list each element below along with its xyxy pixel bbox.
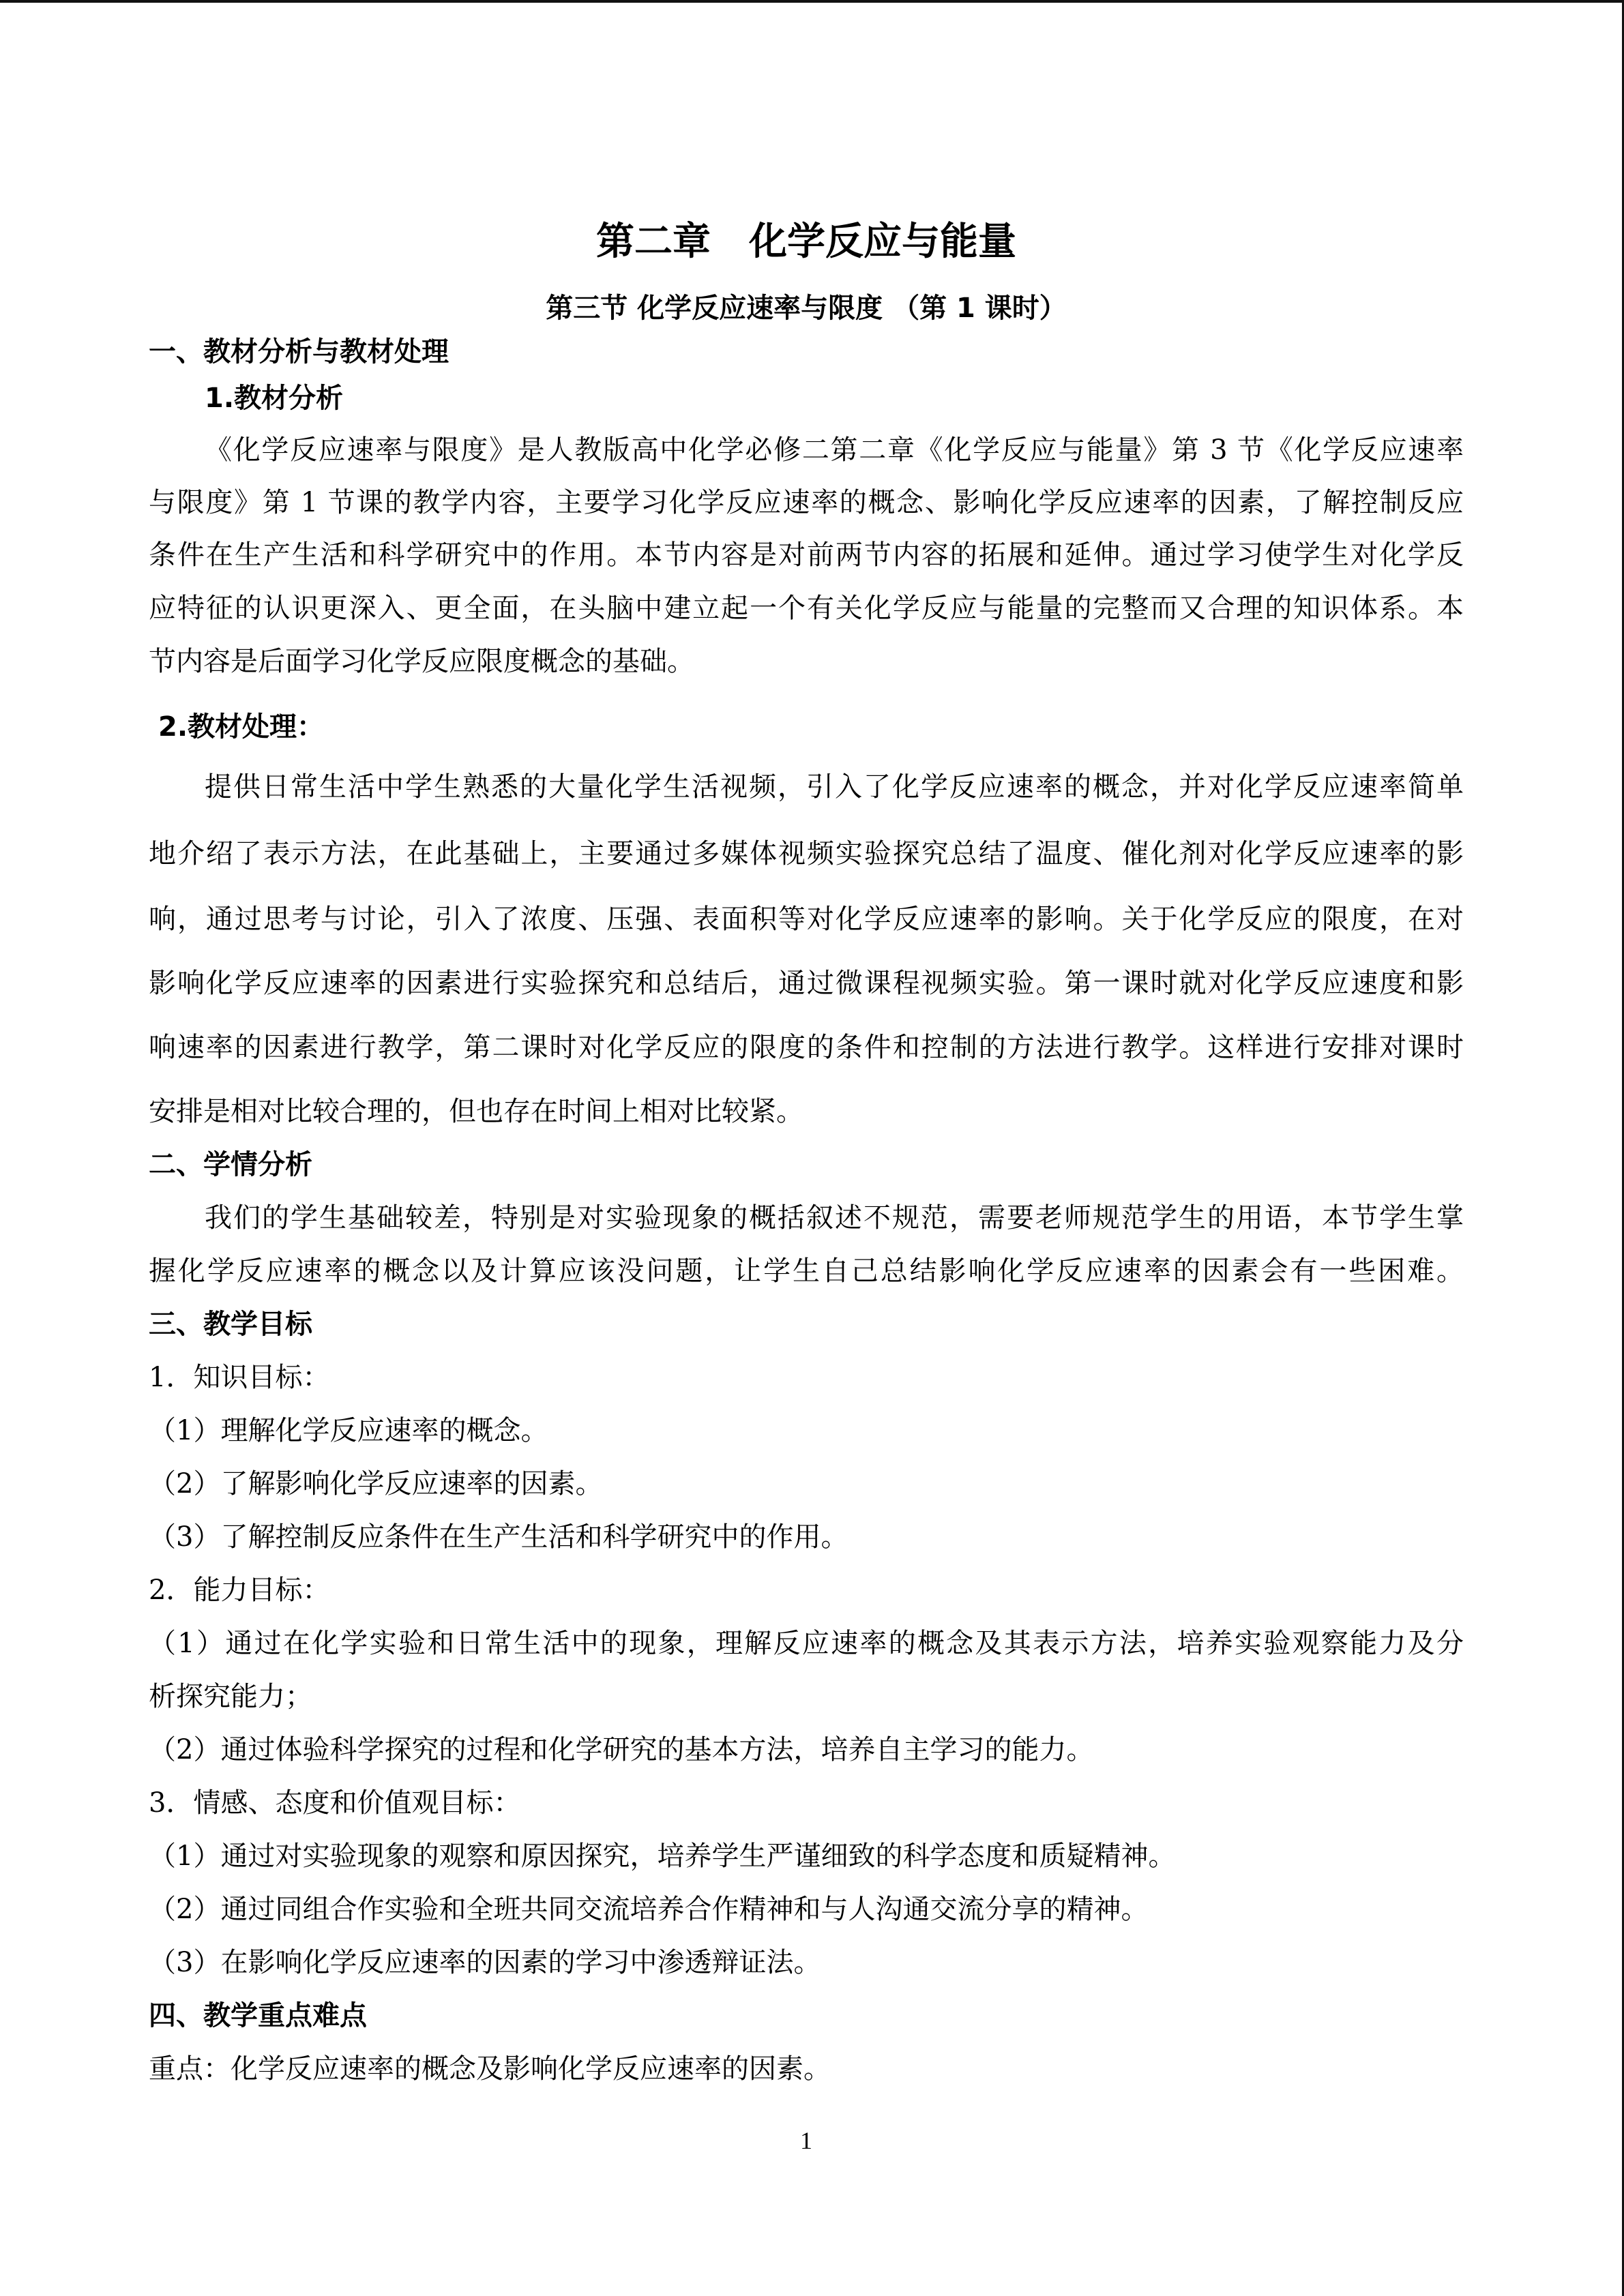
paragraph-line: 《化学反应速率与限度》是人教版高中化学必修二第二章《化学反应与能量》第 3 节《… [205,432,1464,468]
heading-section-1: 一、教材分析与教材处理 [149,334,449,370]
subheading-textbook-processing: 2.教材处理： [158,709,324,745]
list-item: （1）理解化学反应速率的概念。 [149,1413,548,1448]
list-item: （2）通过同组合作实验和全班共同交流培养合作精神和与人沟通交流分享的精神。 [149,1892,1148,1927]
knowledge-goals-heading: 1．知识目标： [149,1360,329,1395]
page-border-top [0,0,1624,3]
heading-section-3: 三、教学目标 [149,1307,312,1342]
paragraph-line: 响速率的因素进行教学，第二课时对化学反应的限度的条件和控制的方法进行教学。这样进… [149,1030,1464,1065]
ability-goals-heading: 2．能力目标： [149,1572,329,1608]
paragraph-line: 节内容是后面学习化学反应限度概念的基础。 [149,644,694,679]
list-item: （3）在影响化学反应速率的因素的学习中渗透辩证法。 [149,1945,821,1980]
paragraph-line: 地介绍了表示方法，在此基础上，主要通过多媒体视频实验探究总结了温度、催化剂对化学… [149,836,1464,871]
list-item: （2）通过体验科学探究的过程和化学研究的基本方法，培养自主学习的能力。 [149,1732,1093,1768]
list-item: （3）了解控制反应条件在生产生活和科学研究中的作用。 [149,1519,848,1555]
list-item: 析探究能力； [149,1679,312,1714]
paragraph-line: 我们的学生基础较差，特别是对实验现象的概括叙述不规范，需要老师规范学生的用语，本… [205,1200,1464,1236]
paragraph-line: 响，通过思考与讨论，引入了浓度、压强、表面积等对化学反应速率的影响。关于化学反应… [149,901,1464,937]
chapter-title: 第二章 化学反应与能量 [149,211,1464,266]
list-item: （1）通过对实验现象的观察和原因探究，培养学生严谨细致的科学态度和质疑精神。 [149,1838,1175,1874]
paragraph-line: 安排是相对比较合理的，但也存在时间上相对比较紧。 [149,1094,803,1129]
section-title: 第三节 化学反应速率与限度 （第 1 课时） [149,286,1464,325]
paragraph-line: 握化学反应速率的概念以及计算应该没问题，让学生自己总结影响化学反应速率的因素会有… [149,1253,1464,1289]
heading-section-4: 四、教学重点难点 [149,1998,367,2033]
paragraph-line: 条件在生产生活和科学研究中的作用。本节内容是对前两节内容的拓展和延伸。通过学习使… [149,537,1464,573]
list-item: （1）通过在化学实验和日常生活中的现象，理解反应速率的概念及其表示方法，培养实验… [149,1626,1464,1661]
key-point-text: 重点：化学反应速率的概念及影响化学反应速率的因素。 [149,2051,831,2087]
paragraph-line: 影响化学反应速率的因素进行实验探究和总结后，通过微课程视频实验。第一课时就对化学… [149,966,1464,1001]
subheading-textbook-analysis: 1.教材分析 [205,381,343,416]
paragraph-line: 应特征的认识更深入、更全面，在头脑中建立起一个有关化学反应与能量的完整而又合理的… [149,591,1464,626]
paragraph-line: 提供日常生活中学生熟悉的大量化学生活视频，引入了化学反应速率的概念，并对化学反应… [205,769,1464,805]
paragraph-line: 与限度》第 1 节课的教学内容，主要学习化学反应速率的概念、影响化学反应速率的因… [149,485,1464,520]
page-number: 1 [149,2126,1464,2155]
list-item: （2）了解影响化学反应速率的因素。 [149,1466,602,1502]
emotion-goals-heading: 3．情感、态度和价值观目标： [149,1785,520,1821]
heading-section-2: 二、学情分析 [149,1147,312,1182]
